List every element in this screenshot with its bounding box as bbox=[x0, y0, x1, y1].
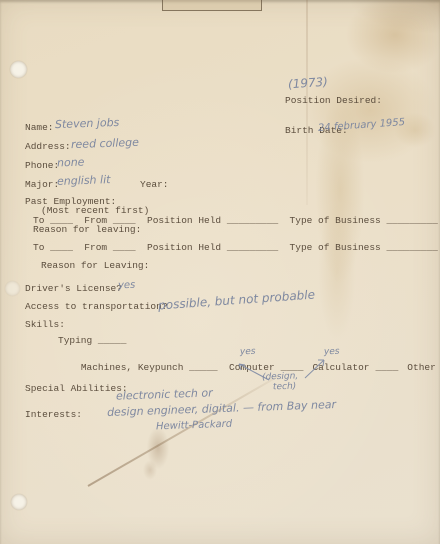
name-value-handwriting: Steven jobs bbox=[55, 117, 120, 130]
interests-value-line2-handwriting: Hewitt-Packard bbox=[156, 419, 232, 433]
skills-title: Skills: bbox=[25, 320, 65, 330]
interests-label: Interests: bbox=[25, 410, 82, 420]
address-label: Address: bbox=[25, 142, 71, 152]
punch-hole-middle bbox=[5, 281, 20, 296]
tape-tab bbox=[162, 0, 262, 11]
other-label: Other _____ bbox=[407, 362, 440, 373]
skills-annotation-line2-handwriting: tech) bbox=[273, 382, 297, 394]
major-label: Major: bbox=[25, 180, 59, 190]
position-desired-label: Position Desired: bbox=[285, 96, 382, 106]
transportation-value-handwriting: possible, but not probable bbox=[158, 290, 316, 312]
phone-label: Phone: bbox=[25, 161, 59, 171]
job-application-scan: (1973) Position Desired: Birth Date: 24 … bbox=[0, 0, 440, 544]
special-abilities-label: Special Abilities: bbox=[25, 384, 128, 394]
reason-for-leaving-1-label: Reason for leaving: bbox=[33, 225, 141, 235]
address-value-handwriting: reed college bbox=[71, 137, 139, 150]
reason-for-leaving-2-label: Reason for Leaving: bbox=[41, 261, 149, 271]
punch-hole-bottom bbox=[11, 494, 27, 510]
phone-value-handwriting: none bbox=[57, 157, 85, 169]
drivers-license-value-handwriting: yes bbox=[118, 280, 136, 292]
name-label: Name: bbox=[25, 123, 54, 133]
interests-value-line1-handwriting: design engineer, digital. — from Bay nea… bbox=[107, 399, 336, 418]
calculator-blank: ____ bbox=[375, 362, 398, 373]
typing-label: Typing _____ bbox=[58, 336, 126, 346]
birth-date-value-handwriting: 24 february 1955 bbox=[318, 117, 406, 134]
major-value-handwriting: english lit bbox=[57, 174, 111, 187]
employment-row-2: To ____ From ____ Position Held ________… bbox=[33, 243, 438, 253]
drivers-license-label: Driver's License? bbox=[25, 284, 122, 294]
transportation-label: Access to transportation? bbox=[25, 302, 168, 312]
special-abilities-value-handwriting: electronic tech or bbox=[116, 387, 213, 401]
year-label: Year: bbox=[140, 180, 169, 190]
year-note-handwriting: (1973) bbox=[288, 77, 329, 91]
punch-hole-top bbox=[10, 61, 27, 78]
